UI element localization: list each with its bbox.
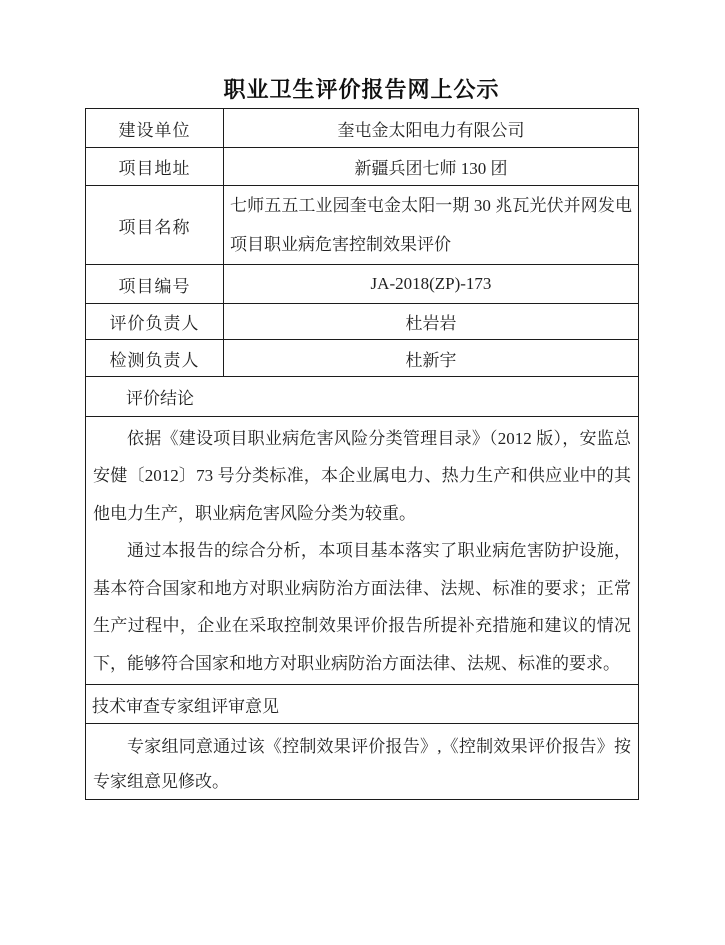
row-label-project-number: 项目编号 (86, 265, 224, 304)
table-row-project-number: 项目编号 JA-2018(ZP)-173 (86, 265, 639, 304)
conclusion-paragraph-1: 依据《建设项目职业病危害风险分类管理目录》（2012 版），安监总安健〔2012… (93, 420, 631, 533)
table-row-review-body: 专家组同意通过该《控制效果评价报告》,《控制效果评价报告》按专家组意见修改。 (86, 724, 639, 800)
table-row-construction-unit: 建设单位 奎屯金太阳电力有限公司 (86, 109, 639, 148)
document-page: 职业卫生评价报告网上公示 建设单位 奎屯金太阳电力有限公司 项目地址 新疆兵团七… (0, 0, 725, 945)
row-value-testing-leader: 杜新宇 (224, 340, 639, 377)
row-label-testing-leader: 检测负责人 (86, 340, 224, 377)
row-value-construction-unit: 奎屯金太阳电力有限公司 (224, 109, 639, 148)
row-label-construction-unit: 建设单位 (86, 109, 224, 148)
row-label-project-address: 项目地址 (86, 148, 224, 186)
table-row-evaluation-leader: 评价负责人 杜岩岩 (86, 304, 639, 340)
table-row-review-header: 技术审查专家组评审意见 (86, 685, 639, 724)
conclusion-header: 评价结论 (86, 377, 639, 417)
review-header: 技术审查专家组评审意见 (86, 685, 639, 724)
table-row-conclusion-header: 评价结论 (86, 377, 639, 417)
conclusion-body: 依据《建设项目职业病危害风险分类管理目录》（2012 版），安监总安健〔2012… (86, 417, 639, 685)
table-row-project-address: 项目地址 新疆兵团七师 130 团 (86, 148, 639, 186)
row-value-project-number: JA-2018(ZP)-173 (224, 265, 639, 304)
row-value-project-name: 七师五五工业园奎屯金太阳一期 30 兆瓦光伏并网发电项目职业病危害控制效果评价 (224, 186, 639, 265)
row-value-evaluation-leader: 杜岩岩 (224, 304, 639, 340)
review-paragraph-1: 专家组同意通过该《控制效果评价报告》,《控制效果评价报告》按专家组意见修改。 (93, 726, 631, 799)
row-value-project-address: 新疆兵团七师 130 团 (224, 148, 639, 186)
conclusion-paragraph-2: 通过本报告的综合分析，本项目基本落实了职业病危害防护设施，基本符合国家和地方对职… (93, 532, 631, 682)
table-row-project-name: 项目名称 七师五五工业园奎屯金太阳一期 30 兆瓦光伏并网发电项目职业病危害控制… (86, 186, 639, 265)
row-label-project-name: 项目名称 (86, 186, 224, 265)
document-title: 职业卫生评价报告网上公示 (85, 74, 638, 106)
table-row-testing-leader: 检测负责人 杜新宇 (86, 340, 639, 377)
row-label-evaluation-leader: 评价负责人 (86, 304, 224, 340)
review-body: 专家组同意通过该《控制效果评价报告》,《控制效果评价报告》按专家组意见修改。 (86, 724, 639, 800)
table-row-conclusion-body: 依据《建设项目职业病危害风险分类管理目录》（2012 版），安监总安健〔2012… (86, 417, 639, 685)
publicity-table: 建设单位 奎屯金太阳电力有限公司 项目地址 新疆兵团七师 130 团 项目名称 … (85, 108, 639, 800)
